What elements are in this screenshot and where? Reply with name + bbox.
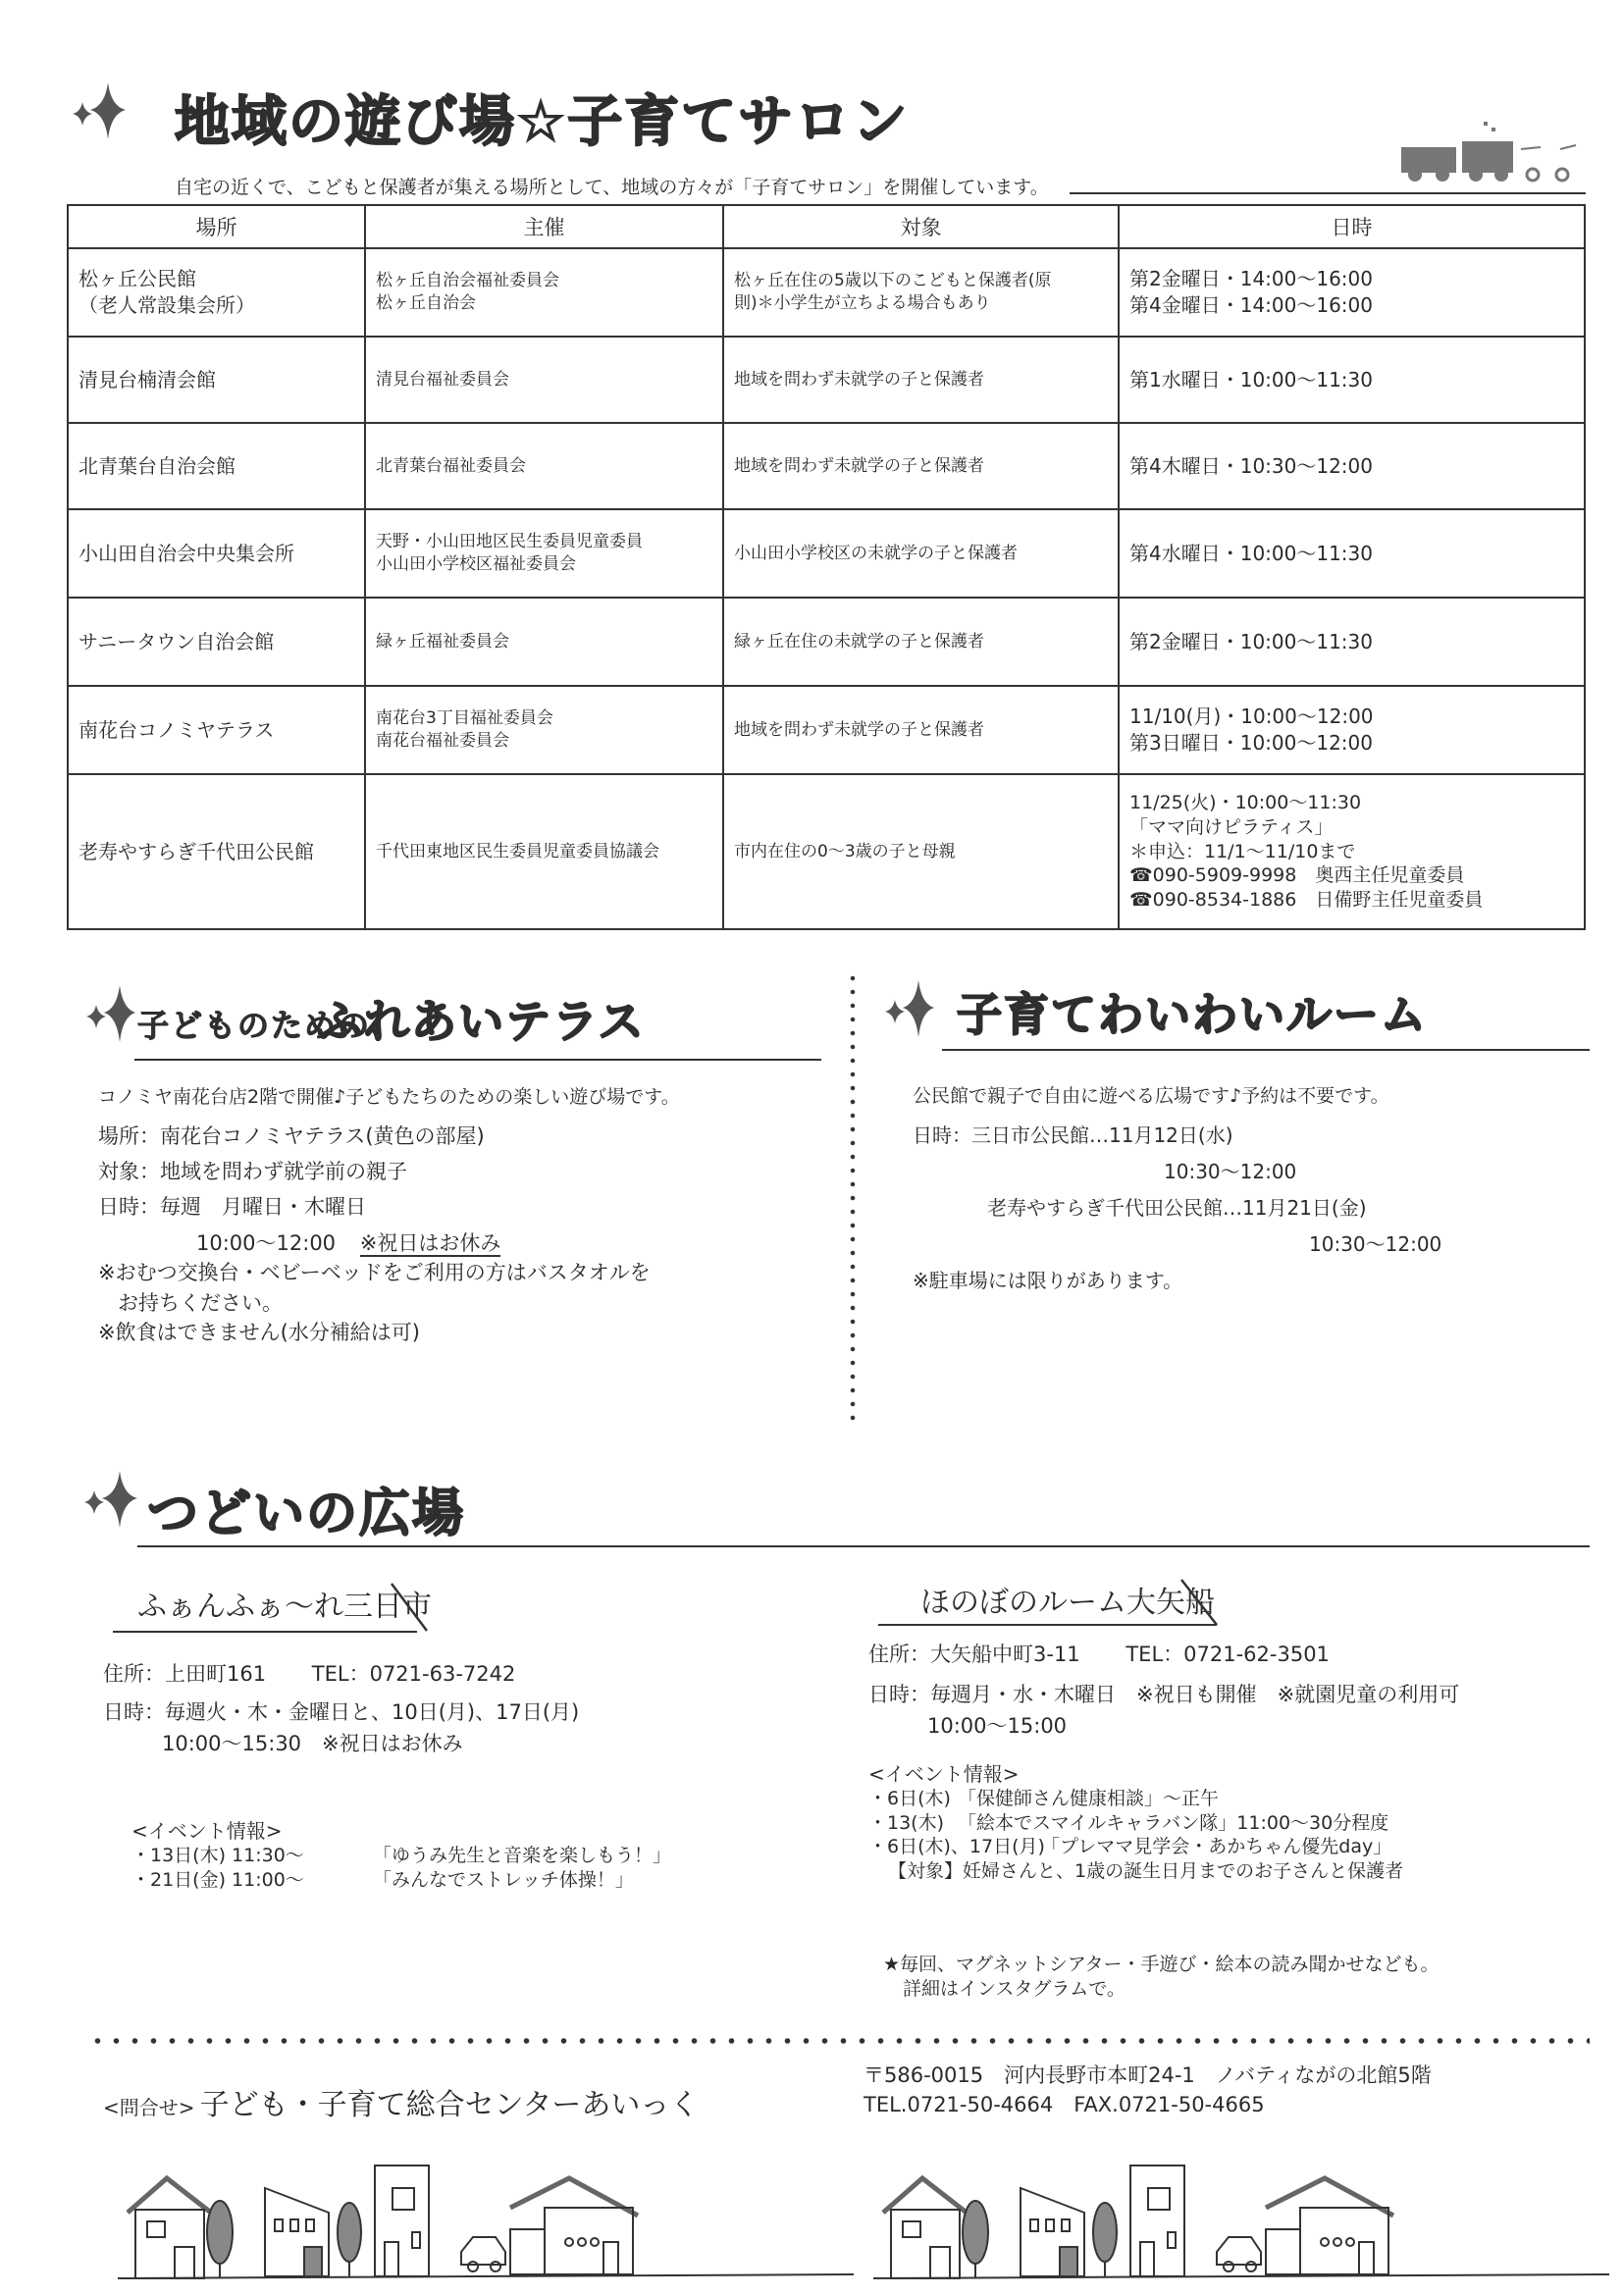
event-item: ・13日(木) 11:30～ 「ゆうみ先生と音楽を楽しもう！」 — [131, 1844, 671, 1868]
tsudoi-title: つどいの広場 — [147, 1472, 465, 1545]
event-title: 「絵本でスマイルキャラバン隊」11:00～30分程度 — [958, 1812, 1388, 1834]
cell-place: サニータウン自治会館 — [68, 598, 365, 686]
cell-host: 南花台3丁目福祉委員会 南花台福祉委員会 — [365, 686, 723, 774]
fureai-title-rule — [134, 1059, 821, 1061]
cell-datetime: 第1水曜日・10:00～11:30 — [1119, 337, 1585, 423]
waiwai-date-1: 日時：三日市公民館…11月12日(水) — [913, 1118, 1441, 1154]
events-heading: <イベント情報> — [868, 1761, 1403, 1787]
mikkaichi-schedule: 日時：毎週火・木・金曜日と、10日(月)、17日(月) — [103, 1696, 579, 1729]
center-phone-fax: TEL.0721-50-4664 FAX.0721-50-4665 — [864, 2090, 1432, 2119]
cell-place: 南花台コノミヤテラス — [68, 686, 365, 774]
oyafune-tel: TEL：0721-62-3501 — [1126, 1643, 1330, 1666]
fureai-target: 対象：地域を問わず就学前の親子 — [98, 1157, 680, 1186]
host-line: 天野・小山田地区民生委員児童委員 — [376, 531, 712, 553]
target-line: 則)＊小学生が立ちよる場合もあり — [734, 292, 1108, 315]
event-date: ・13日(木) 11:30～ — [131, 1844, 367, 1868]
oyafune-info: 住所：大矢船中町3-11 TEL：0721-62-3501 日時：毎週月・水・木… — [868, 1639, 1459, 1743]
place-line: 松ヶ丘公民館 — [79, 266, 354, 292]
cell-host: 千代田東地区民生委員児童委員協議会 — [365, 774, 723, 929]
cell-place: 老寿やすらぎ千代田公民館 — [68, 774, 365, 929]
cell-target: 市内在住の0～3歳の子と母親 — [723, 774, 1119, 929]
column-header-host: 主催 — [365, 205, 723, 248]
table-row: 小山田自治会中央集会所 天野・小山田地区民生委員児童委員 小山田小学校区福祉委員… — [68, 509, 1585, 598]
waiwai-time-1: 10:30～12:00 — [913, 1154, 1441, 1190]
event-title: 「プレママ見学会・あかちゃん優先day」 — [1041, 1836, 1391, 1857]
mikkaichi-hours: 10:00～15:30 ※祝日はお休み — [103, 1728, 579, 1760]
sparkle-icon — [84, 981, 139, 1046]
cell-host: 天野・小山田地区民生委員児童委員 小山田小学校区福祉委員会 — [365, 509, 723, 598]
fureai-time: 10:00～12:00 — [196, 1231, 336, 1255]
waiwai-body: 公民館で親子で自由に遊べる広場です♪予約は不要です。 日時：三日市公民館…11月… — [913, 1079, 1441, 1299]
corner-slash-decoration — [1178, 1578, 1222, 1627]
event-target: 【対象】妊婦さんと、1歳の誕生日月までのお子さんと保護者 — [868, 1859, 1403, 1884]
waiwai-intro: 公民館で親子で自由に遊べる広場です♪予約は不要です。 — [913, 1079, 1441, 1114]
mikkaichi-address: 住所：上田町161 — [103, 1662, 266, 1686]
center-contact: 〒586-0015 河内長野市本町24-1 ノバティながの北館5階 TEL.07… — [864, 2061, 1432, 2120]
salon-table: 場所 主催 対象 日時 松ヶ丘公民館 （老人常設集会所） 松ヶ丘自治会福祉委員会… — [67, 204, 1586, 930]
place-line: （老人常設集会所） — [79, 292, 354, 319]
table-row: 清見台楠清会館 清見台福祉委員会 地域を問わず未就学の子と保護者 第1水曜日・1… — [68, 337, 1585, 423]
cell-datetime: 第2金曜日・14:00～16:00 第4金曜日・14:00～16:00 — [1119, 248, 1585, 337]
facility-name-underline — [113, 1631, 417, 1633]
fureai-schedule: 日時：毎週 月曜日・木曜日 — [98, 1192, 680, 1222]
datetime-line: 11/10(月)・10:00～12:00 — [1129, 704, 1574, 730]
facility-name-oyafune: ほのぼのルーム大矢船 — [920, 1578, 1215, 1621]
event-title: 「保健師さん健康相談」～正午 — [958, 1788, 1219, 1809]
fureai-note: ※飲食はできません(水分補給は可) — [98, 1318, 680, 1347]
event-item: ・6日(木)、17日(月) 「プレママ見学会・あかちゃん優先day」 — [868, 1835, 1403, 1859]
sparkle-icon — [69, 80, 130, 141]
host-line: 松ヶ丘自治会 — [376, 292, 712, 315]
fureai-title: ふれあいテラス — [317, 986, 646, 1051]
event-title: 「ゆうみ先生と音楽を楽しもう！」 — [373, 1845, 671, 1866]
note-line: ★毎回、マグネットシアター・手遊び・絵本の読み聞かせなども。 — [883, 1953, 1440, 1977]
cell-host: 清見台福祉委員会 — [365, 337, 723, 423]
event-date: ・21日(金) 11:00～ — [131, 1868, 367, 1893]
phone-contact: ☎090-5909-9998 奥西主任児童委員 — [1129, 863, 1574, 888]
cell-target: 地域を問わず未就学の子と保護者 — [723, 337, 1119, 423]
host-line: 松ヶ丘自治会福祉委員会 — [376, 270, 712, 292]
fureai-intro: コノミヤ南花台店2階で開催♪子どもたちのための楽しい遊び場です。 — [98, 1084, 680, 1112]
cell-place: 松ヶ丘公民館 （老人常設集会所） — [68, 248, 365, 337]
inquiry-block: <問合せ> 子ども・子育て総合センターあいっく — [103, 2080, 699, 2123]
waiwai-title: 子育てわいわいルーム — [957, 979, 1428, 1044]
cell-datetime: 11/10(月)・10:00～12:00 第3日曜日・10:00～12:00 — [1119, 686, 1585, 774]
event-item: ・6日(木) 「保健師さん健康相談」～正午 — [868, 1787, 1403, 1811]
oyafune-address-row: 住所：大矢船中町3-11 TEL：0721-62-3501 — [868, 1639, 1459, 1671]
center-address: 〒586-0015 河内長野市本町24-1 ノバティながの北館5階 — [864, 2061, 1432, 2090]
fureai-note: お持ちください。 — [98, 1288, 680, 1318]
host-line: 南花台福祉委員会 — [376, 730, 712, 753]
cell-target: 緑ヶ丘在住の未就学の子と保護者 — [723, 598, 1119, 686]
event-date: ・13(木) — [868, 1811, 952, 1836]
cell-host: 北青葉台福祉委員会 — [365, 423, 723, 509]
cell-datetime: 第4木曜日・10:30～12:00 — [1119, 423, 1585, 509]
target-line: 松ヶ丘在住の5歳以下のこどもと保護者(原 — [734, 270, 1108, 292]
table-row: 松ヶ丘公民館 （老人常設集会所） 松ヶ丘自治会福祉委員会 松ヶ丘自治会 松ヶ丘在… — [68, 248, 1585, 337]
salon-lead-text: 自宅の近くで、こどもと保護者が集える場所として、地域の方々が「子育てサロン」を開… — [175, 173, 1049, 199]
cell-target: 地域を問わず未就学の子と保護者 — [723, 686, 1119, 774]
mikkaichi-info: 住所：上田町161 TEL：0721-63-7242 日時：毎週火・木・金曜日と… — [103, 1658, 579, 1760]
note-line: 詳細はインスタグラムで。 — [883, 1977, 1440, 2002]
waiwai-time-2: 10:30～12:00 — [913, 1226, 1441, 1263]
event-name: 「ママ向けピラティス」 — [1129, 815, 1574, 840]
event-item: ・21日(金) 11:00～ 「みんなでストレッチ体操！」 — [131, 1868, 671, 1893]
column-divider — [850, 971, 856, 1423]
cell-target: 地域を問わず未就学の子と保護者 — [723, 423, 1119, 509]
table-row: 老寿やすらぎ千代田公民館 千代田東地区民生委員児童委員協議会 市内在住の0～3歳… — [68, 774, 1585, 929]
cell-datetime: 第4水曜日・10:00～11:30 — [1119, 509, 1585, 598]
table-row: 北青葉台自治会館 北青葉台福祉委員会 地域を問わず未就学の子と保護者 第4木曜日… — [68, 423, 1585, 509]
salon-top-rule — [1070, 192, 1586, 194]
waiwai-parking-note: ※駐車場には限りがあります。 — [913, 1263, 1441, 1299]
datetime-line: 11/25(火)・10:00～11:30 — [1129, 791, 1574, 815]
fureai-place: 場所：南花台コノミヤテラス(黄色の部屋) — [98, 1122, 680, 1151]
corner-slash-decoration — [388, 1582, 432, 1633]
event-item: ・13(木) 「絵本でスマイルキャラバン隊」11:00～30分程度 — [868, 1811, 1403, 1836]
table-row: 南花台コノミヤテラス 南花台3丁目福祉委員会 南花台福祉委員会 地域を問わず未就… — [68, 686, 1585, 774]
datetime-line: 第3日曜日・10:00～12:00 — [1129, 730, 1574, 757]
oyafune-events: <イベント情報> ・6日(木) 「保健師さん健康相談」～正午 ・13(木) 「絵… — [868, 1761, 1403, 1884]
table-row: サニータウン自治会館 緑ヶ丘福祉委員会 緑ヶ丘在住の未就学の子と保護者 第2金曜… — [68, 598, 1585, 686]
cell-place: 清見台楠清会館 — [68, 337, 365, 423]
application-period: ＊申込：11/1～11/10まで — [1129, 840, 1574, 864]
host-line: 南花台3丁目福祉委員会 — [376, 707, 712, 730]
sparkle-icon — [883, 976, 938, 1041]
event-date: ・6日(木)、17日(月) — [868, 1835, 1035, 1859]
cell-place: 小山田自治会中央集会所 — [68, 509, 365, 598]
event-title: 「みんなでストレッチ体操！」 — [373, 1869, 634, 1891]
oyafune-hours: 10:00～15:00 — [868, 1710, 1459, 1743]
phone-contact: ☎090-8534-1886 日備野主任児童委員 — [1129, 888, 1574, 913]
column-header-place: 場所 — [68, 205, 365, 248]
mikkaichi-tel: TEL：0721-63-7242 — [312, 1662, 516, 1686]
facility-name-underline — [878, 1624, 1217, 1626]
events-heading: <イベント情報> — [131, 1818, 671, 1844]
inquiry-label: <問合せ> — [103, 2096, 195, 2119]
cell-host: 緑ヶ丘福祉委員会 — [365, 598, 723, 686]
oyafune-note: ★毎回、マグネットシアター・手遊び・絵本の読み聞かせなども。 詳細はインスタグラ… — [883, 1953, 1440, 2001]
townscape-illustration — [108, 2139, 864, 2286]
fureai-note: ※おむつ交換台・ベビーベッドをご利用の方はバスタオルを — [98, 1258, 680, 1287]
fureai-time-row: 10:00～12:00 ※祝日はお休み — [98, 1228, 680, 1258]
cell-datetime: 第2金曜日・10:00～11:30 — [1119, 598, 1585, 686]
table-header-row: 場所 主催 対象 日時 — [68, 205, 1585, 248]
cell-datetime: 11/25(火)・10:00～11:30 「ママ向けピラティス」 ＊申込：11/… — [1119, 774, 1585, 929]
oyafune-schedule: 日時：毎週月・水・木曜日 ※祝日も開催 ※就園児童の利用可 — [868, 1679, 1459, 1711]
fureai-holiday-note: ※祝日はお休み — [360, 1231, 501, 1257]
cell-place: 北青葉台自治会館 — [68, 423, 365, 509]
waiwai-date-2: 老寿やすらぎ千代田公民館…11月21日(金) — [913, 1190, 1441, 1226]
footer-dotted-divider — [88, 2037, 1590, 2045]
mikkaichi-address-row: 住所：上田町161 TEL：0721-63-7242 — [103, 1658, 579, 1691]
waiwai-title-rule — [942, 1049, 1590, 1051]
oyafune-address: 住所：大矢船中町3-11 — [868, 1643, 1080, 1666]
townscape-illustration — [864, 2139, 1619, 2286]
salon-section-title: 地域の遊び場☆子育てサロン — [175, 78, 909, 157]
sparkle-icon — [82, 1467, 143, 1532]
host-line: 小山田小学校区福祉委員会 — [376, 553, 712, 576]
cell-target: 小山田小学校区の未就学の子と保護者 — [723, 509, 1119, 598]
center-name: 子ども・子育て総合センターあいっく — [200, 2088, 700, 2122]
column-header-datetime: 日時 — [1119, 205, 1585, 248]
toy-train-icon — [1393, 118, 1590, 190]
column-header-target: 対象 — [723, 205, 1119, 248]
datetime-line: 第4金曜日・14:00～16:00 — [1129, 292, 1574, 319]
tsudoi-title-rule — [137, 1545, 1590, 1547]
mikkaichi-events: <イベント情報> ・13日(木) 11:30～ 「ゆうみ先生と音楽を楽しもう！」… — [131, 1818, 671, 1892]
fureai-body: コノミヤ南花台店2階で開催♪子どもたちのための楽しい遊び場です。 場所：南花台コ… — [98, 1084, 680, 1348]
cell-host: 松ヶ丘自治会福祉委員会 松ヶ丘自治会 — [365, 248, 723, 337]
datetime-line: 第2金曜日・14:00～16:00 — [1129, 266, 1574, 292]
cell-target: 松ヶ丘在住の5歳以下のこどもと保護者(原 則)＊小学生が立ちよる場合もあり — [723, 248, 1119, 337]
event-date: ・6日(木) — [868, 1787, 952, 1811]
